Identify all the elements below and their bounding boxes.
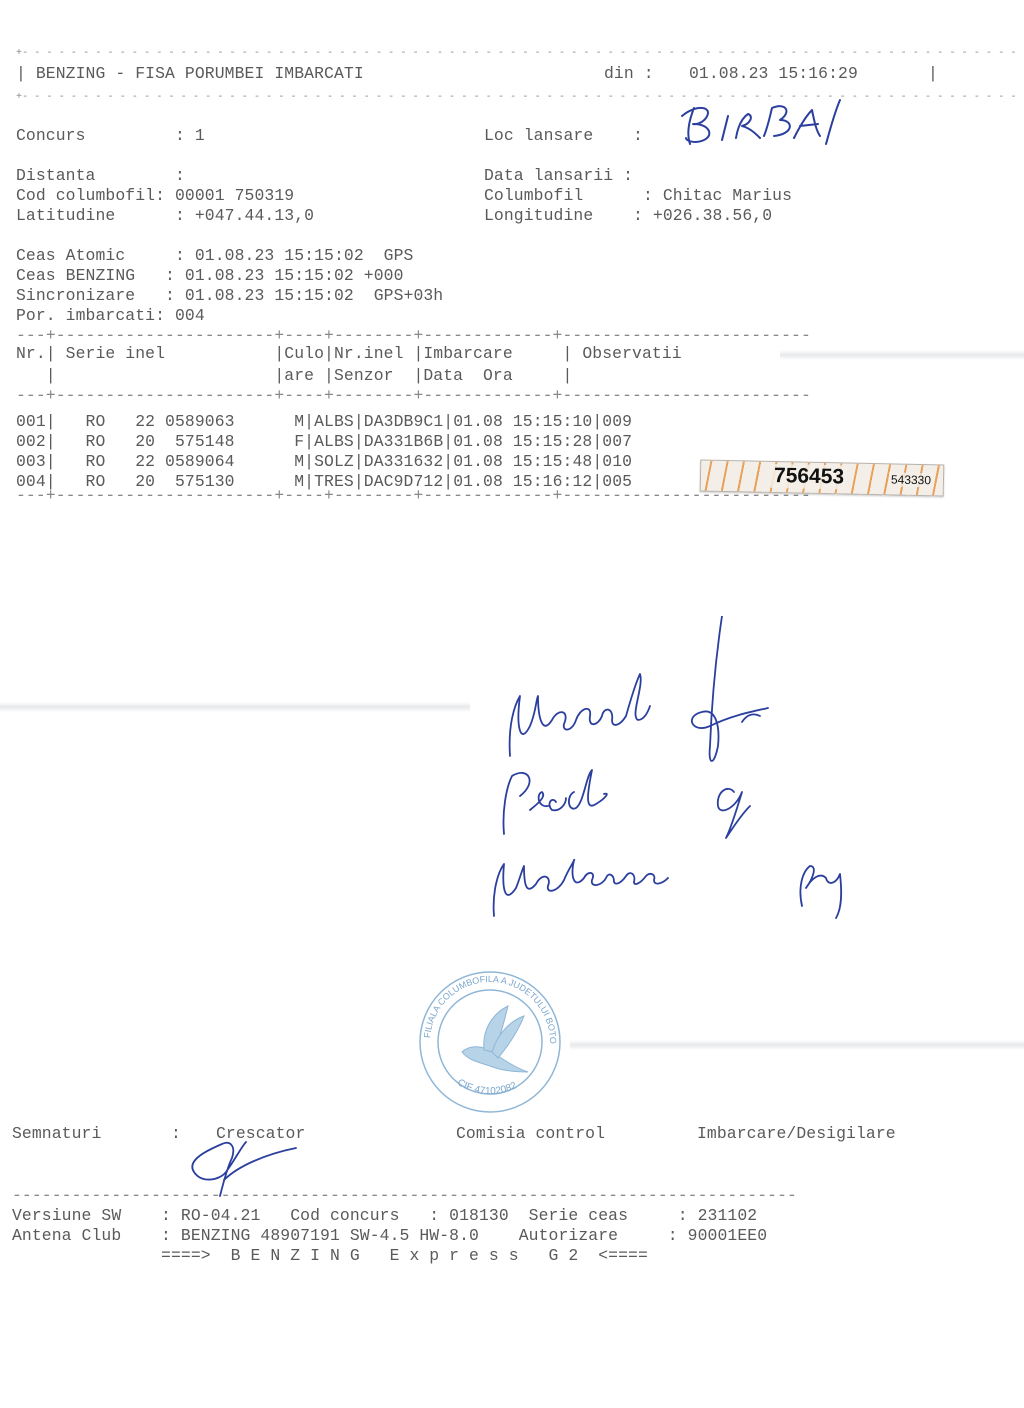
header-date-value: 01.08.23 15:16:29 [689,64,858,84]
columbofil-row: Columbofil : Chitac Marius [484,186,792,206]
header-border-bottom: +- - - - - - - - - - - - - - - - - - - -… [16,88,1024,108]
footer-rule: ----------------------------------------… [12,1186,797,1206]
footer-line-version: Versiune SW : RO-04.21 Cod concurs : 018… [12,1206,757,1226]
row-senzor: DA3DB9C1| [364,412,453,431]
table-header-row-1: Nr.| Serie inel |Culo|Nr.inel |Imbarcare… [16,344,682,364]
longitudine-value: +026.38.56,0 [653,206,772,225]
cod-columbofil-label: Cod columbofil: [16,186,165,205]
row-culoare: ALBS| [314,432,364,451]
table-rule-bottom: ---+----------------------+----+--------… [16,486,811,506]
stamp-cif: CIF 47102082 [455,1077,519,1097]
concurs-value: 1 [195,126,205,145]
header-date-label: din : [604,64,654,84]
row-observatii: 007 [602,432,632,451]
row-senzor: DA331632| [364,452,453,471]
dove-icon [462,1006,528,1072]
loc-lansare-row: Loc lansare : [484,126,643,146]
header-right-bar: | [928,64,938,84]
concurs-label: Concurs : [16,126,185,145]
cod-columbofil-row: Cod columbofil: 00001 750319 [16,186,294,206]
row-serie: RO 22 0589064 M| [56,452,314,471]
row-observatii: 009 [602,412,632,431]
table-row: 001| RO 22 0589063 M|ALBS|DA3DB9C1|01.08… [16,412,632,432]
table-row: 002| RO 20 575148 F|ALBS|DA331B6B|01.08 … [16,432,632,452]
longitudine-row: Longitudine : +026.38.56,0 [484,206,772,226]
seal-number: 756453 [771,464,848,490]
row-imbarcare: 01.08 15:15:48| [453,452,602,471]
distanta-label: Distanta : [16,166,185,185]
seal-small-number: 543330 [889,472,933,487]
row-senzor: DA331B6B| [364,432,453,451]
row-nr: 002| [16,432,56,451]
concurs-row: Concurs : 1 [16,126,205,146]
data-lansarii-row: Data lansarii : [484,166,633,186]
paper-fold [780,350,1024,360]
porumbei-imbarcati-line: Por. imbarcati: 004 [16,306,205,326]
document-title: | BENZING - FISA PORUMBEI IMBARCATI [16,64,364,84]
latitudine-value: +047.44.13,0 [195,206,314,225]
ceas-atomic-line: Ceas Atomic : 01.08.23 15:15:02 GPS [16,246,413,266]
row-nr: 003| [16,452,56,471]
pigeon-table: ---+----------------------+----+--------… [16,326,36,486]
comisia-control-label: Comisia control [456,1124,605,1144]
row-imbarcare: 01.08 15:15:28| [453,432,602,451]
row-culoare: ALBS| [314,412,364,431]
signatures-label: Semnaturi : [12,1124,181,1144]
columbofil-label: Columbofil : [484,186,653,205]
header-border-top: +- - - - - - - - - - - - - - - - - - - -… [16,44,1024,64]
footer-line-brand: ====> B E N Z I N G E x p r e s s G 2 <=… [12,1246,648,1266]
row-imbarcare: 01.08 15:15:10| [453,412,602,431]
imbarcare-desigilare-label: Imbarcare/Desigilare [697,1124,896,1144]
longitudine-label: Longitudine : [484,206,643,225]
row-culoare: SOLZ| [314,452,364,471]
footer-line-antena: Antena Club : BENZING 48907191 SW-4.5 HW… [12,1226,767,1246]
columbofil-value: Chitac Marius [663,186,792,205]
info-right: Loc lansare : Data lansarii : Columbofil… [484,126,504,226]
row-serie: RO 20 575148 F| [56,432,314,451]
info-left: Concurs : 1 Distanta : Cod columbofil: 0… [16,126,36,226]
table-rule-mid: ---+----------------------+----+--------… [16,386,811,406]
row-observatii: 010 [602,452,632,471]
latitudine-row: Latitudine : +047.44.13,0 [16,206,314,226]
loc-lansare-label: Loc lansare : [484,126,643,145]
paper-fold [570,1040,1024,1050]
table-header-row-2: | |are |Senzor |Data Ora | [16,366,572,386]
row-serie: RO 22 0589063 M| [56,412,314,431]
data-lansarii-label: Data lansarii : [484,166,633,185]
distanta-row: Distanta : [16,166,195,186]
ceas-benzing-line: Ceas BENZING : 01.08.23 15:15:02 +000 [16,266,404,286]
footer-section: ----------------------------------------… [12,1186,32,1286]
paper-fold [0,702,470,712]
cod-columbofil-value: 00001 750319 [175,186,294,205]
sincronizare-line: Sincronizare : 01.08.23 15:15:02 GPS+03h [16,286,443,306]
latitudine-label: Latitudine : [16,206,185,225]
handwritten-loc-lansare [676,96,846,152]
club-stamp: FILIALA COLUMBOFILA A JUDETULUI BOTOSANI… [412,968,568,1116]
row-nr: 001| [16,412,56,431]
commission-signatures [480,616,880,936]
seal-sticker: 756453 543330 [700,459,945,496]
table-row: 003| RO 22 0589064 M|SOLZ|DA331632|01.08… [16,452,632,472]
table-rule-top: ---+----------------------+----+--------… [16,326,811,346]
